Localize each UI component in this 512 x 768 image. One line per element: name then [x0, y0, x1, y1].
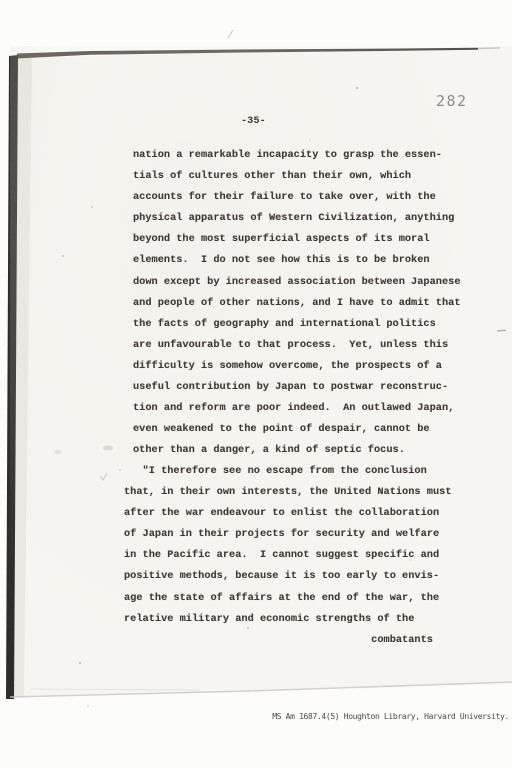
page-number: -35- — [241, 115, 266, 127]
folio-number: 282 — [436, 92, 468, 110]
typewritten-paragraph-1: nation a remarkable incapacity to grasp … — [133, 145, 461, 461]
document-scan: 282 -35- nation a remarkable incapacity … — [0, 0, 512, 768]
archive-caption: MS Am 1687.4(5) Houghton Library, Harvar… — [272, 712, 509, 721]
typewritten-paragraph-2: "I therefore see no escape from the conc… — [124, 461, 452, 651]
